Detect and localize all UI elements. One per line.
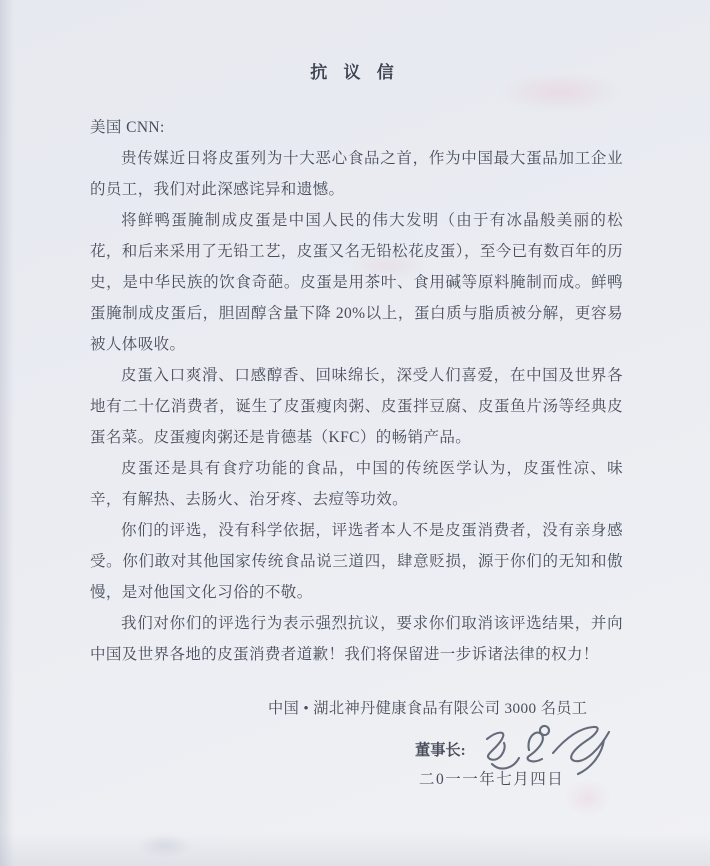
paragraph: 将鲜鸭蛋腌制成皮蛋是中国人民的伟大发明（由于有冰晶般美丽的松花，和后来采用了无铅… — [90, 205, 623, 360]
signature-company-line: 中国 • 湖北神丹健康食品有限公司 3000 名员工 — [268, 697, 587, 718]
paragraph: 皮蛋入口爽滑、口感醇香、回味绵长，深受人们喜爱，在中国及世界各地有二十亿消费者，… — [90, 360, 623, 453]
chairman-label: 董事长: — [415, 737, 466, 760]
letter-title: 抗 议 信 — [0, 58, 710, 83]
letter-paragraphs: 贵传媒近日将皮蛋列为十大恶心食品之首，作为中国最大蛋品加工企业的员工，我们对此深… — [90, 143, 623, 670]
signer-row: 董事长: — [415, 737, 466, 767]
paragraph: 贵传媒近日将皮蛋列为十大恶心食品之首，作为中国最大蛋品加工企业的员工，我们对此深… — [90, 143, 623, 205]
scanned-letter-page: 抗 议 信 美国 CNN: 贵传媒近日将皮蛋列为十大恶心食品之首，作为中国最大蛋… — [0, 0, 710, 866]
paragraph: 我们对你们的评选行为表示强烈抗议，要求你们取消该评选结果，并向中国及世界各地的皮… — [90, 608, 623, 670]
salutation: 美国 CNN: — [90, 112, 623, 143]
paragraph: 皮蛋还是具有食疗功能的食品，中国的传统医学认为，皮蛋性凉、味辛，有解热、去肠火、… — [90, 453, 623, 515]
letter-body: 美国 CNN: 贵传媒近日将皮蛋列为十大恶心食品之首，作为中国最大蛋品加工企业的… — [90, 112, 623, 670]
letter-date: 二0一一年七月四日 — [419, 767, 564, 789]
paragraph: 你们的评选，没有科学依据，评选者本人不是皮蛋消费者，没有亲身感受。你们敢对其他国… — [90, 515, 623, 608]
